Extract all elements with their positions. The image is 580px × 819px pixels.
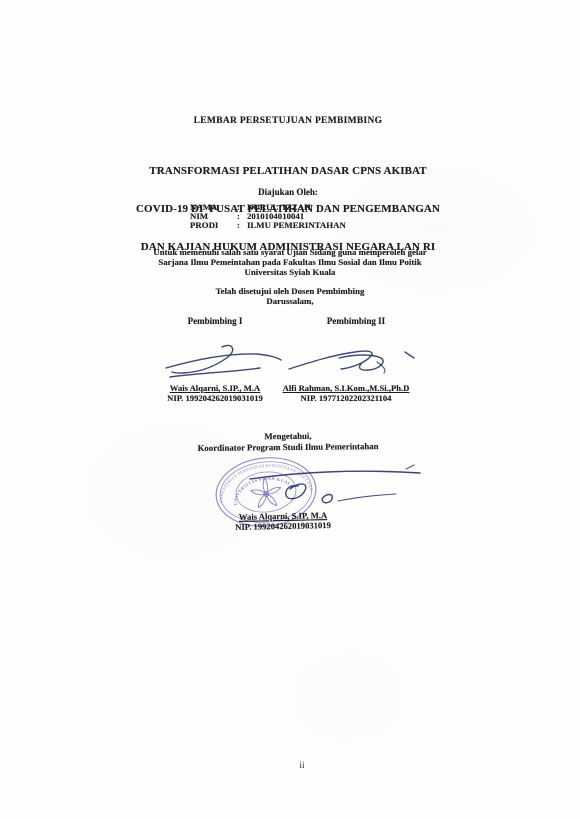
identity-label: PRODI <box>190 221 237 230</box>
thesis-title-line-1: TRANSFORMASI PELATIHAN DASAR CPNS AKIBAT <box>110 165 466 178</box>
purpose-statement: Untuk memenuhi salah satu syarat Ujian S… <box>118 247 462 277</box>
place-line: Darussalam, <box>118 296 462 306</box>
supervisor-1-role: Pembimbing I <box>150 316 280 326</box>
supervisor-2-name: Alfi Rahman, S.I.Kom.,M.Si.,Ph.D <box>276 383 416 393</box>
purpose-line-3: Universitas Syiah Kuala <box>118 267 462 277</box>
signature-coordinator <box>238 459 430 511</box>
approval-statement: Telah disetujui oleh Dosen Pembimbing Da… <box>118 286 462 306</box>
page-heading: LEMBAR PERSETUJUAN PEMBIMBING <box>118 116 458 126</box>
identity-row-prodi: PRODI : ILMU PEMERINTAHAN <box>190 221 346 230</box>
signature-supervisor-2 <box>281 338 423 384</box>
student-identity-block: NAMA : NURUL 'IZZAH NIM : 2010104010041 … <box>190 203 346 230</box>
supervisor-2-nip: NIP. 19771202202321104 <box>276 393 416 403</box>
purpose-line-1: Untuk memenuhi salah satu syarat Ujian S… <box>118 247 462 257</box>
scanned-approval-page: LEMBAR PERSETUJUAN PEMBIMBING TRANSFORMA… <box>0 0 580 819</box>
submitted-by-label: Diajukan Oleh: <box>118 187 458 197</box>
approval-line: Telah disetujui oleh Dosen Pembimbing <box>118 286 462 296</box>
supervisor-1-nip: NIP. 199204262019031019 <box>148 393 282 403</box>
signature-supervisor-1 <box>160 341 286 385</box>
supervisor-2-role: Pembimbing II <box>290 316 422 326</box>
page-number: ii <box>272 761 332 771</box>
purpose-line-2: Sarjana Ilmu Pemeintahan pada Fakultas I… <box>118 257 462 267</box>
identity-value: ILMU PEMERINTAHAN <box>247 221 346 230</box>
supervisor-1-name: Wais Alqarni, S.IP., M.A <box>148 383 282 393</box>
identity-separator: : <box>237 221 247 230</box>
